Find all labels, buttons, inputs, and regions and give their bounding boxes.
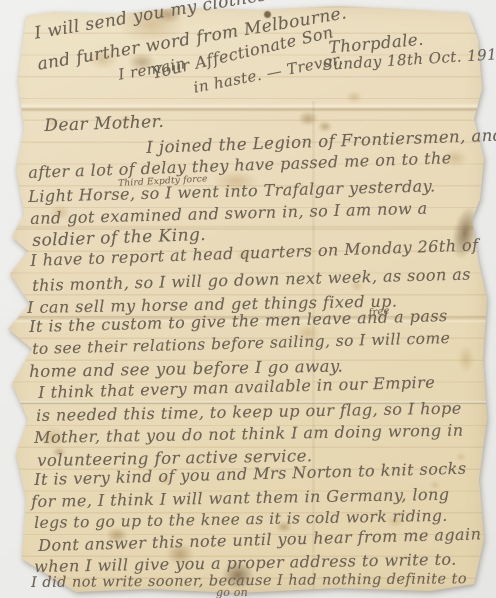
stain — [318, 121, 332, 132]
stain — [346, 91, 362, 103]
salutation: Dear Mother. — [44, 112, 165, 136]
stain — [458, 345, 474, 373]
scanned-letter-page: I will send you my clothes and further w… — [0, 0, 496, 598]
stain — [298, 111, 318, 126]
insertion-note: go on — [216, 586, 248, 598]
fold-crease-top — [6, 103, 489, 112]
